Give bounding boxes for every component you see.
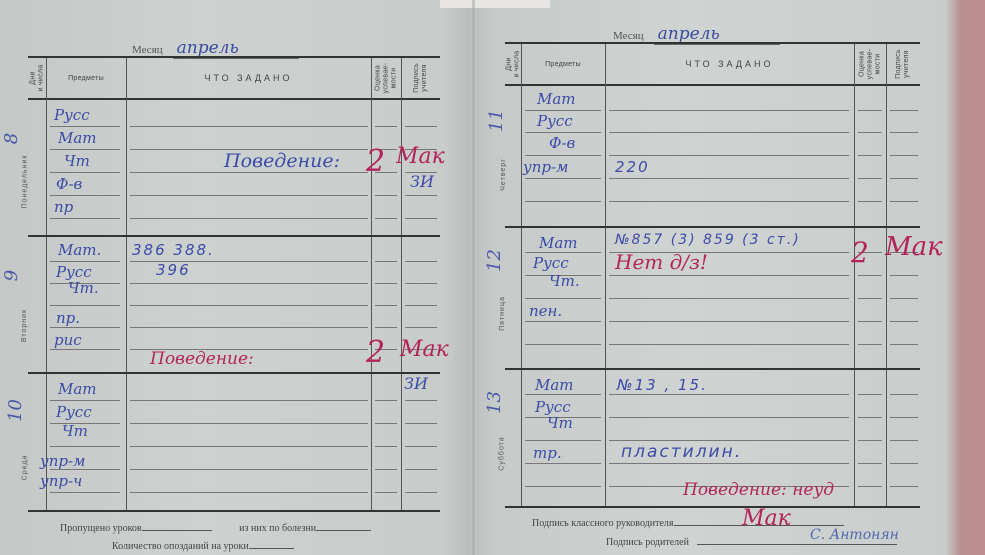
- subject: Чт: [64, 152, 90, 170]
- day-name: Четверг: [500, 158, 507, 191]
- teacher-signature: Мак: [885, 232, 943, 262]
- subject: Мат: [58, 129, 97, 147]
- subject: Русс: [54, 106, 90, 124]
- behavior-note: Поведение:: [224, 150, 340, 172]
- subject: Ф-в: [56, 175, 82, 193]
- day-name: Суббота: [499, 436, 506, 470]
- subject: тр.: [533, 444, 562, 462]
- month-label: Месяц: [132, 44, 163, 56]
- day-number: 10: [5, 399, 26, 422]
- header-signature: Подпись учителя: [401, 58, 440, 98]
- header-grade: Оценка успевае- мости: [371, 58, 401, 98]
- class-teacher-signature: Мак: [742, 506, 791, 531]
- homework: 386 388.: [132, 241, 215, 259]
- missed-lessons-field: Пропущено уроков из них по болезни: [60, 521, 371, 534]
- subject: пр: [54, 198, 73, 216]
- grade: 2: [851, 236, 869, 269]
- day-name: Пятница: [499, 296, 506, 331]
- subject: Русс: [537, 112, 573, 130]
- header-subjects: Предметы: [521, 44, 605, 84]
- day-number: 12: [484, 249, 505, 272]
- behavior-note: Поведение: неуд: [683, 480, 834, 500]
- month-field: Месяцапрель: [132, 38, 299, 58]
- day-number: 9: [1, 270, 22, 281]
- extra-signature: ЗИ: [410, 172, 434, 191]
- homework: пластилин.: [621, 442, 742, 462]
- subject: Чт.: [68, 279, 99, 297]
- header-days: Дни и числа: [28, 58, 46, 98]
- day-block-thursday: 11 Четверг Мат Русс Ф-в упр-м 220: [505, 86, 920, 228]
- homework: №13 , 15.: [617, 376, 708, 394]
- day-block-wednesday: ЗИ 10 Среда Мат Русс Чт упр-м упр-ч: [28, 374, 440, 512]
- grade: 2: [366, 144, 385, 179]
- missing-homework-note: Нет д/з!: [615, 250, 708, 274]
- left-page: Месяцапрель Дни и числа Предметы ЧТО ЗАД…: [0, 0, 470, 555]
- grade: 2: [366, 335, 385, 370]
- late-count-field: Количество опозданий на уроки: [112, 539, 294, 552]
- day-number: 11: [486, 109, 507, 132]
- subject: Ф-в: [549, 134, 575, 152]
- right-page: Месяцапрель Дни и числа Предметы ЧТО ЗАД…: [480, 0, 950, 555]
- subject: Чт: [62, 422, 88, 440]
- subject: Мат.: [58, 241, 101, 259]
- homework: 220: [615, 158, 650, 176]
- subject: Русс: [533, 254, 569, 272]
- table-header: Дни и числа Предметы ЧТО ЗАДАНО Оценка у…: [505, 44, 920, 86]
- subject: Чт: [547, 414, 573, 432]
- subject: Мат: [537, 90, 576, 108]
- header-grade: Оценка успевае- мости: [854, 44, 886, 84]
- subject: Мат: [535, 376, 574, 394]
- day-name: Среда: [21, 455, 28, 481]
- subject: пен.: [529, 302, 562, 320]
- header-days: Дни и числа: [505, 44, 521, 84]
- schedule-table: Дни и числа Предметы ЧТО ЗАДАНО Оценка у…: [505, 42, 920, 509]
- behavior-note: Поведение:: [150, 349, 254, 369]
- subject: Мат: [58, 380, 97, 398]
- homework: 396: [156, 261, 191, 279]
- header-signature: Подпись учителя: [886, 44, 920, 84]
- subject: рис: [54, 331, 82, 349]
- extra-signature: ЗИ: [404, 374, 428, 393]
- schedule-table: Дни и числа Предметы ЧТО ЗАДАНО Оценка у…: [28, 56, 440, 514]
- day-number: 13: [484, 391, 505, 414]
- class-teacher-signature-field: Подпись классного руководителя: [532, 516, 844, 529]
- day-block-saturday: 13 Суббота Мат Русс Чт тр. №13 , 15. пла…: [505, 370, 920, 508]
- header-subjects: Предметы: [46, 58, 126, 98]
- day-name: Понедельник: [21, 155, 28, 209]
- month-label: Месяц: [613, 30, 644, 42]
- day-number: 8: [1, 133, 22, 144]
- subject: Мат: [539, 234, 578, 252]
- subject: упр-ч: [40, 472, 82, 490]
- book-spine: [472, 0, 475, 555]
- month-field: Месяцапрель: [613, 24, 780, 44]
- header-assignment: ЧТО ЗАДАНО: [605, 44, 854, 84]
- subject: упр-м: [40, 452, 85, 470]
- parents-signature: С. Антонян: [810, 527, 899, 543]
- subject: пр.: [56, 309, 80, 327]
- day-block-monday: 8 Понедельник Русс Мат Чт Ф-в пр Поведен…: [28, 100, 440, 237]
- table-header: Дни и числа Предметы ЧТО ЗАДАНО Оценка у…: [28, 58, 440, 100]
- subject: упр-м: [523, 158, 568, 176]
- homework: №857 (3) 859 (3 ст.): [615, 232, 801, 248]
- header-assignment: ЧТО ЗАДАНО: [126, 58, 371, 98]
- teacher-signature: Мак: [396, 144, 445, 169]
- subject: Чт.: [549, 272, 580, 290]
- day-name: Вторник: [21, 309, 28, 342]
- day-block-tuesday: 9 Вторник Мат. Русс Чт. пр. рис 386 388.…: [28, 237, 440, 374]
- day-block-friday: 12 Пятница Мат Русс Чт. пен. №857 (3) 85…: [505, 228, 920, 370]
- teacher-signature: Мак: [400, 337, 449, 362]
- subject: Русс: [56, 403, 92, 421]
